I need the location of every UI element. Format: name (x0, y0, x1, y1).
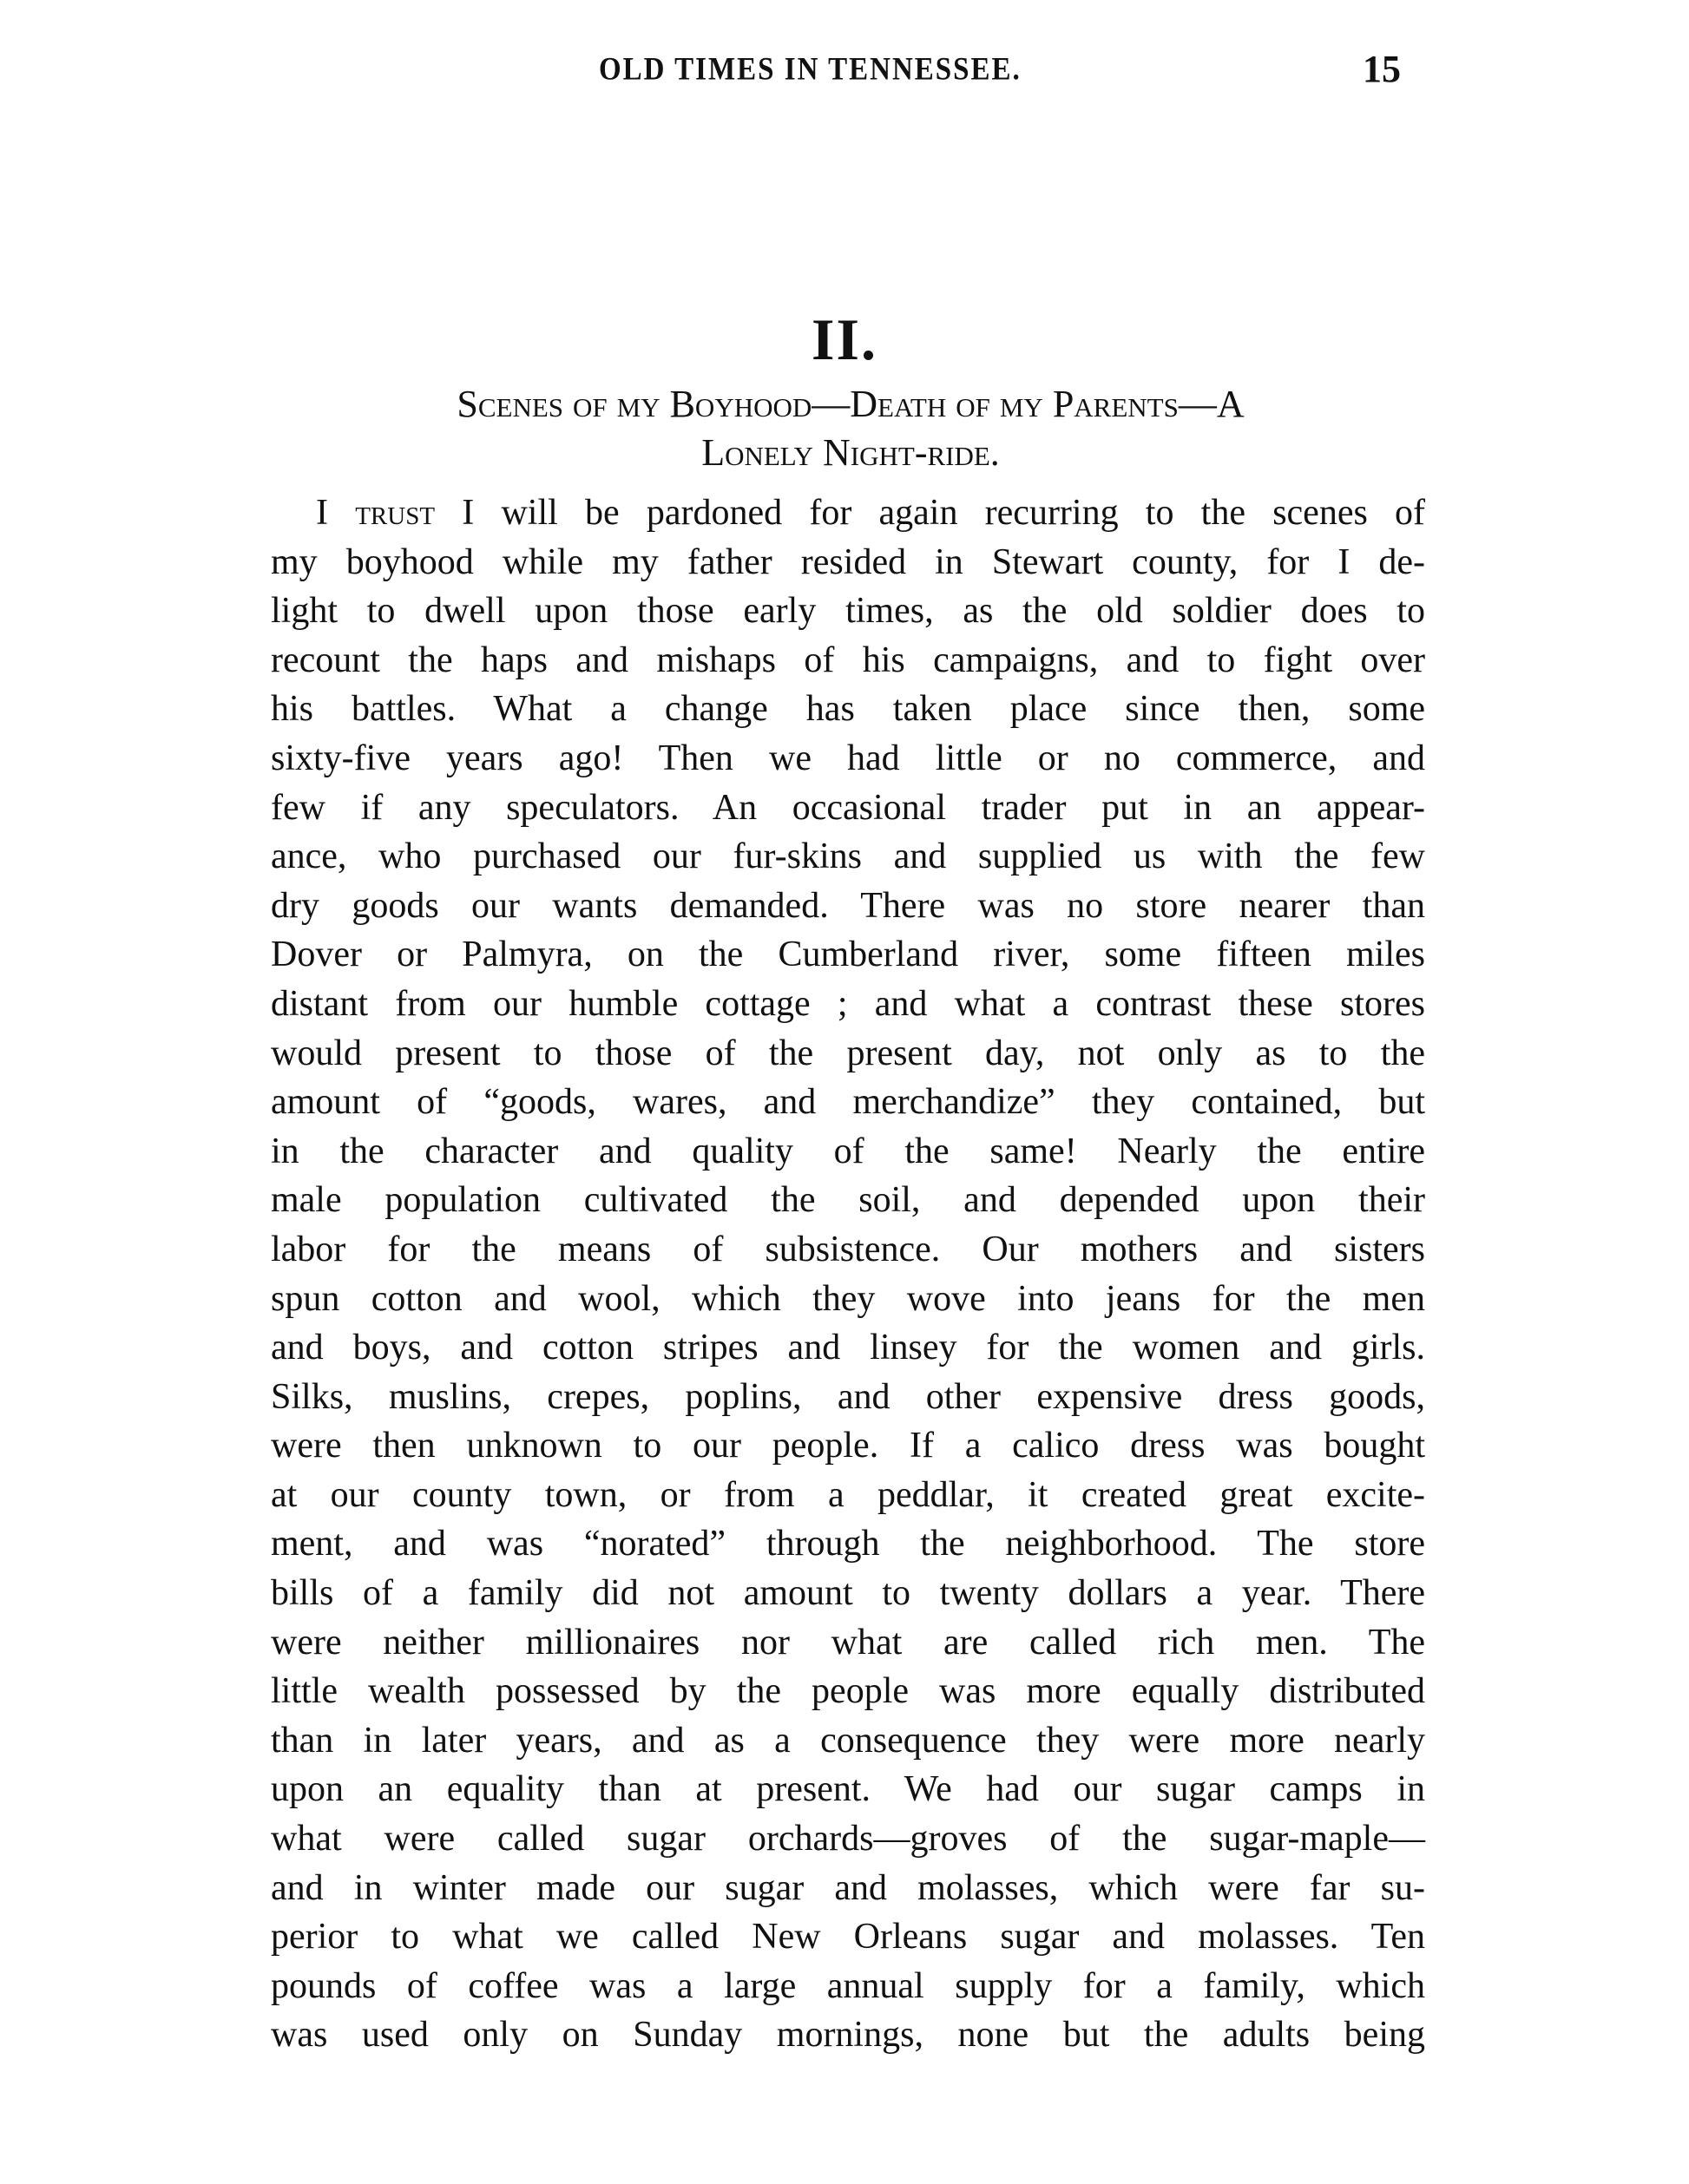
text-line: and in winter made our sugar and molasse… (271, 1864, 1425, 1913)
text-line: in the character and quality of the same… (271, 1127, 1425, 1177)
drop-word: I (316, 493, 328, 533)
body-paragraph: I trust I will be pardoned for again rec… (271, 489, 1425, 2060)
text-line: his battles. What a change has taken pla… (271, 685, 1425, 734)
text-line: Dover or Palmyra, on the Cumberland rive… (271, 930, 1425, 980)
text-line: sixty-five years ago! Then we had little… (271, 734, 1425, 784)
text-line: bills of a family did not amount to twen… (271, 1569, 1425, 1618)
text-line: than in later years, and as a consequenc… (271, 1716, 1425, 1766)
running-head: OLD TIMES IN TENNESSEE. 15 (0, 45, 1689, 97)
text-line: perior to what we called New Orleans sug… (271, 1912, 1425, 1962)
text-line: few if any speculators. An occasional tr… (271, 784, 1425, 833)
text-line: Silks, muslins, crepes, poplins, and oth… (271, 1373, 1425, 1422)
text-line: distant from our humble cottage ; and wh… (271, 980, 1425, 1029)
text-line: ment, and was “norated” through the neig… (271, 1519, 1425, 1569)
text-line: what were called sugar orchards—groves o… (271, 1814, 1425, 1864)
text-line: I trust I will be pardoned for again rec… (271, 489, 1425, 538)
chapter-title-line-1: Scenes of my Boyhood—Death of my Parents… (278, 380, 1423, 429)
chapter-title: Scenes of my Boyhood—Death of my Parents… (278, 380, 1423, 477)
text-line: was used only on Sunday mornings, none b… (271, 2010, 1425, 2060)
chapter-number: II. (0, 305, 1689, 374)
text-line: little wealth possessed by the people wa… (271, 1667, 1425, 1716)
text-line: and boys, and cotton stripes and linsey … (271, 1323, 1425, 1373)
text-line: ance, who purchased our fur-skins and su… (271, 832, 1425, 882)
text-line: labor for the means of subsistence. Our … (271, 1225, 1425, 1275)
smallcaps-word: trust (355, 493, 435, 533)
text-line-content: I will be pardoned for again recurring t… (435, 493, 1425, 533)
text-line: were neither millionaires nor what are c… (271, 1618, 1425, 1668)
chapter-title-line-2: Lonely Night-ride. (278, 429, 1423, 477)
text-line: male population cultivated the soil, and… (271, 1176, 1425, 1225)
running-title: OLD TIMES IN TENNESSEE. (599, 52, 1022, 88)
text-line: were then unknown to our people. If a ca… (271, 1421, 1425, 1471)
text-line: would present to those of the present da… (271, 1029, 1425, 1079)
text-line: dry goods our wants demanded. There was … (271, 882, 1425, 931)
text-line: light to dwell upon those early times, a… (271, 587, 1425, 636)
text-line: amount of “goods, wares, and merchandize… (271, 1078, 1425, 1127)
text-line: upon an equality than at present. We had… (271, 1765, 1425, 1814)
text-line: recount the haps and mishaps of his camp… (271, 636, 1425, 685)
text-line: pounds of coffee was a large annual supp… (271, 1962, 1425, 2011)
text-line: spun cotton and wool, which they wove in… (271, 1275, 1425, 1324)
page-number: 15 (1363, 47, 1401, 91)
text-line: at our county town, or from a peddlar, i… (271, 1471, 1425, 1520)
text-line: my boyhood while my father resided in St… (271, 538, 1425, 587)
